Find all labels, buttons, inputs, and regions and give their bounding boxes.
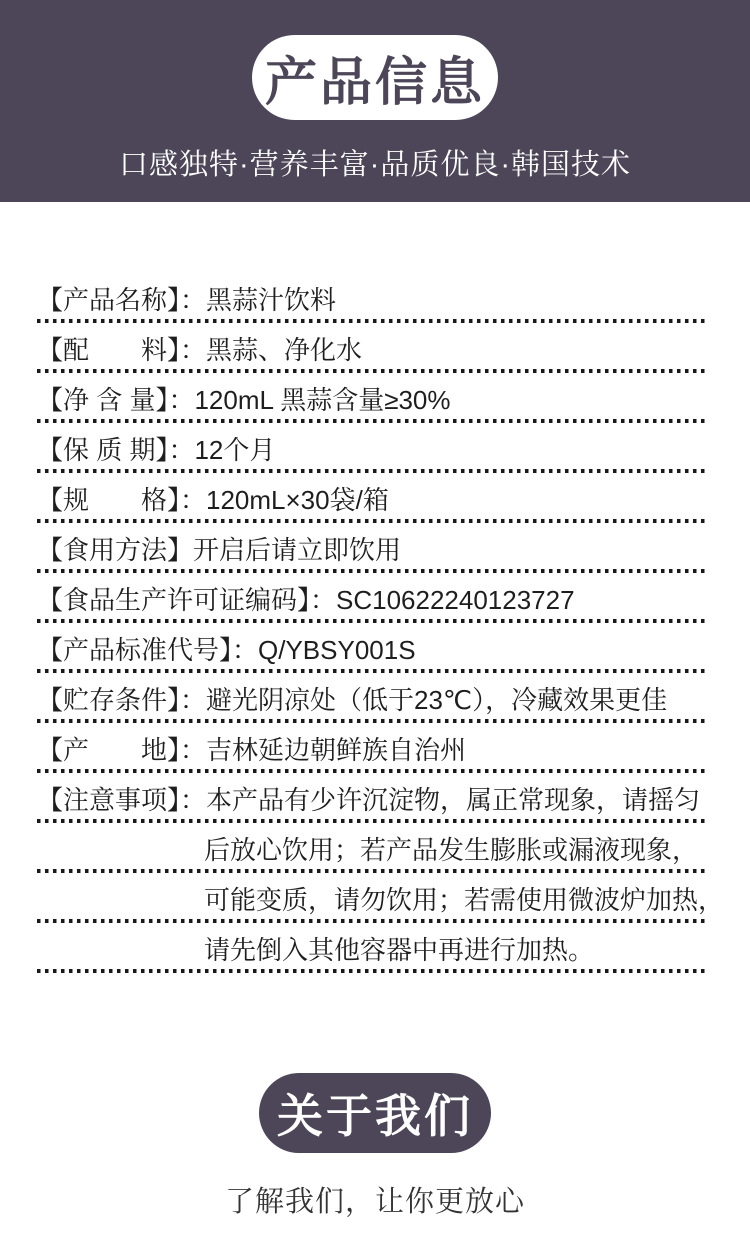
info-row-notes-cont-2: 可能变质，请勿饮用；若需使用微波炉加热，	[37, 873, 713, 923]
info-row-text: 【贮存条件】：避光阴凉处（低于23℃），冷藏效果更佳	[37, 680, 667, 717]
info-row-license-code: 【食品生产许可证编码】：SC10622240123727	[37, 573, 713, 623]
info-row-text: 【净 含 量】：120mL 黑蒜含量≥30%	[37, 380, 451, 417]
info-row-text: 【保 质 期】：12个月	[37, 430, 275, 467]
info-row-storage: 【贮存条件】：避光阴凉处（低于23℃），冷藏效果更佳	[37, 673, 713, 723]
page-title-badge: 产品信息	[252, 35, 498, 120]
about-us-title: 关于我们	[277, 1080, 473, 1146]
info-row-usage: 【食用方法】开启后请立即饮用	[37, 523, 713, 573]
info-row-text: 【食用方法】开启后请立即饮用	[37, 530, 401, 567]
about-us-caption: 了解我们，让你更放心	[225, 1179, 525, 1220]
info-row-notes-cont-3: 请先倒入其他容器中再进行加热。	[37, 923, 713, 973]
info-row-notes-cont-1: 后放心饮用；若产品发生膨胀或漏液现象，	[37, 823, 713, 873]
info-row-ingredients: 【配 料】：黑蒜、净化水	[37, 323, 713, 373]
info-row-text: 【食品生产许可证编码】：SC10622240123727	[37, 580, 575, 617]
info-row-text: 【产 地】：吉林延边朝鲜族自治州	[37, 730, 466, 767]
hero-subtitle: 口感独特·营养丰富·品质优良·韩国技术	[119, 142, 631, 183]
hero-header: 产品信息 口感独特·营养丰富·品质优良·韩国技术	[0, 0, 750, 202]
info-row-text: 【规 格】：120mL×30袋/箱	[37, 480, 389, 517]
about-us-section: 关于我们 了解我们，让你更放心	[0, 973, 750, 1220]
info-row-text: 后放心饮用；若产品发生膨胀或漏液现象，	[204, 830, 698, 867]
info-row-net-content: 【净 含 量】：120mL 黑蒜含量≥30%	[37, 373, 713, 423]
product-info-list: 【产品名称】：黑蒜汁饮料 【配 料】：黑蒜、净化水 【净 含 量】：120mL …	[37, 273, 713, 973]
info-row-text: 请先倒入其他容器中再进行加热。	[204, 930, 594, 967]
info-row-text: 【产品名称】：黑蒜汁饮料	[37, 280, 336, 317]
info-row-specification: 【规 格】：120mL×30袋/箱	[37, 473, 713, 523]
info-row-text: 【注意事项】：本产品有少许沉淀物，属正常现象，请摇匀	[37, 780, 700, 817]
info-row-standard-code: 【产品标准代号】：Q/YBSY001S	[37, 623, 713, 673]
about-us-badge: 关于我们	[259, 1073, 491, 1153]
info-row-product-name: 【产品名称】：黑蒜汁饮料	[37, 273, 713, 323]
info-row-text: 可能变质，请勿饮用；若需使用微波炉加热，	[204, 880, 724, 917]
info-row-shelf-life: 【保 质 期】：12个月	[37, 423, 713, 473]
info-row-notes: 【注意事项】：本产品有少许沉淀物，属正常现象，请摇匀	[37, 773, 713, 823]
page-title: 产品信息	[265, 40, 485, 115]
info-row-origin: 【产 地】：吉林延边朝鲜族自治州	[37, 723, 713, 773]
info-row-text: 【产品标准代号】：Q/YBSY001S	[37, 630, 416, 667]
product-info-page: 产品信息 口感独特·营养丰富·品质优良·韩国技术 【产品名称】：黑蒜汁饮料 【配…	[0, 0, 750, 1233]
info-row-text: 【配 料】：黑蒜、净化水	[37, 330, 362, 367]
